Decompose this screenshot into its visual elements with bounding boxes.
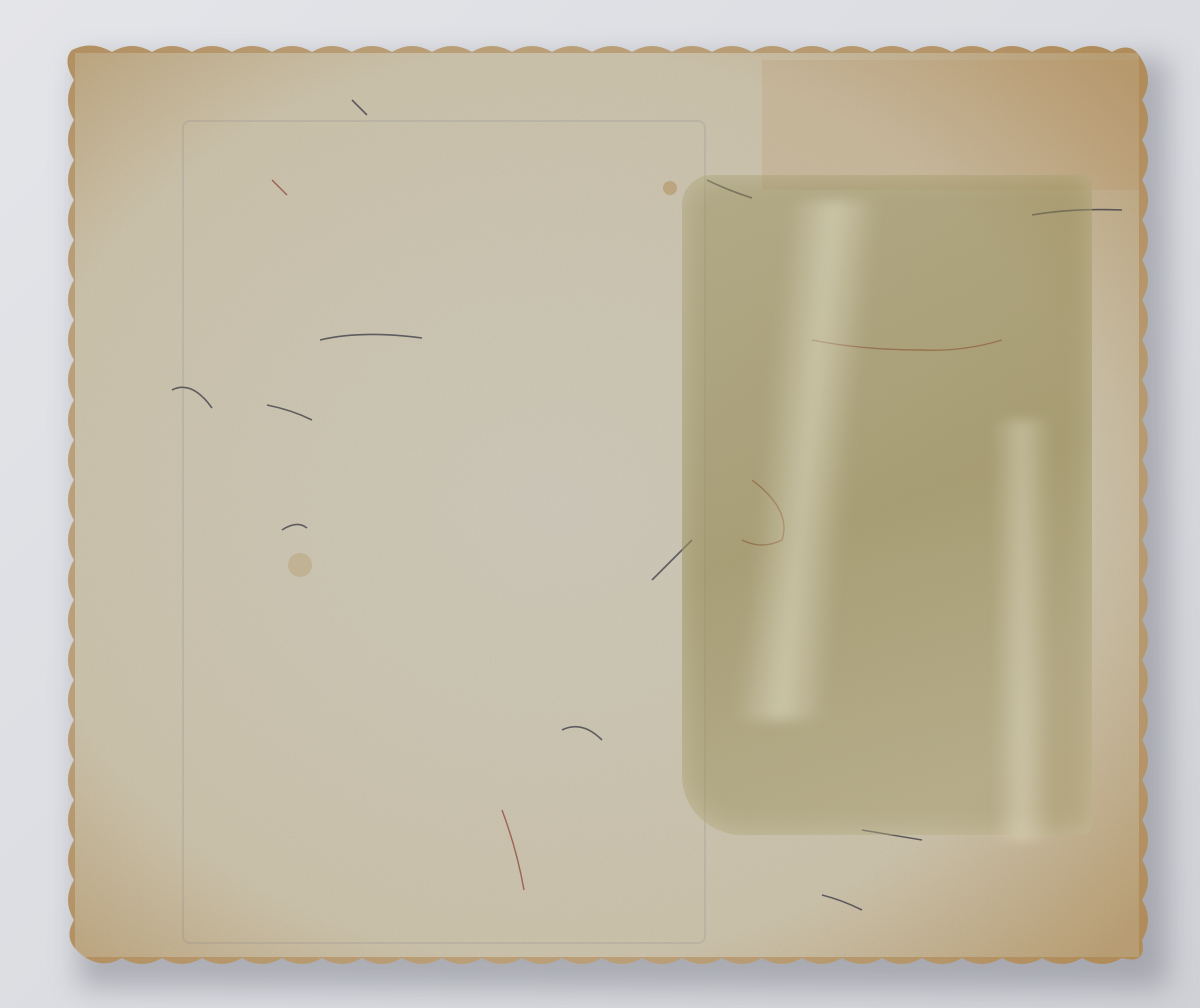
gum-sheen-secondary bbox=[992, 420, 1052, 840]
photo-scene: Back of a worn, off-white/beige stamp wi… bbox=[0, 0, 1200, 1008]
printed-design-show-through bbox=[182, 120, 706, 944]
stamp-back bbox=[62, 40, 1152, 970]
